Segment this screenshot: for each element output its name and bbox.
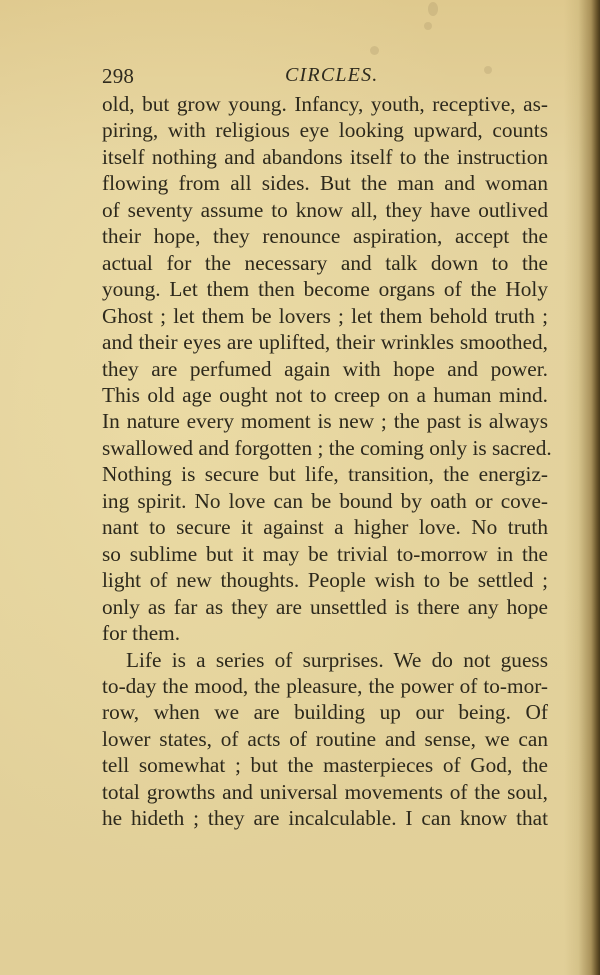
text-line: old, but grow young. Infancy, youth, rec…	[102, 91, 548, 117]
text-line: of seventy assume to know all, they have…	[102, 197, 548, 223]
book-page: 298 CIRCLES. old, but grow young. Infanc…	[0, 0, 600, 975]
body-text: old, but grow young. Infancy, youth, rec…	[102, 91, 548, 832]
text-line: Ghost ; let them be lovers ; let them be…	[102, 303, 548, 329]
page-number: 298	[102, 64, 134, 89]
running-title: CIRCLES.	[285, 64, 379, 87]
text-line: Nothing is secure but life, transition, …	[102, 461, 548, 487]
paper-stain	[428, 2, 438, 16]
text-line: he hideth ; they are incalculable. I can…	[102, 805, 548, 831]
text-line: they are perfumed again with hope and po…	[102, 356, 548, 382]
text-line: This old age ought not to creep on a hum…	[102, 382, 548, 408]
text-line: row, when we are building up our being. …	[102, 699, 548, 725]
text-line: for them.	[102, 620, 548, 646]
text-line: flowing from all sides. But the man and …	[102, 170, 548, 196]
text-line: tell somewhat ; but the masterpieces of …	[102, 752, 548, 778]
text-line: itself nothing and abandons itself to th…	[102, 144, 548, 170]
text-line: ing spirit. No love can be bound by oath…	[102, 488, 548, 514]
paper-stain	[370, 46, 379, 55]
text-line: swallowed and forgotten ; the coming onl…	[102, 435, 548, 461]
text-line: to-day the mood, the pleasure, the power…	[102, 673, 548, 699]
paper-stain	[424, 22, 432, 30]
text-line: only as far as they are unsettled is the…	[102, 594, 548, 620]
text-line: so sublime but it may be trivial to-morr…	[102, 541, 548, 567]
text-line: total growths and universal movements of…	[102, 779, 548, 805]
text-line: In nature every moment is new ; the past…	[102, 408, 548, 434]
text-line: nant to secure it against a higher love.…	[102, 514, 548, 540]
text-line: piring, with religious eye looking upwar…	[102, 117, 548, 143]
text-line: Life is a series of surprises. We do not…	[102, 647, 548, 673]
page-header: 298 CIRCLES.	[102, 64, 547, 90]
text-line: lower states, of acts of routine and sen…	[102, 726, 548, 752]
text-line: their hope, they renounce aspiration, ac…	[102, 223, 548, 249]
text-line: and their eyes are uplifted, their wrink…	[102, 329, 548, 355]
page-binding-shadow	[564, 0, 600, 975]
text-line: young. Let them then become organs of th…	[102, 276, 548, 302]
text-line: light of new thoughts. People wish to be…	[102, 567, 548, 593]
text-line: actual for the necessary and talk down t…	[102, 250, 548, 276]
